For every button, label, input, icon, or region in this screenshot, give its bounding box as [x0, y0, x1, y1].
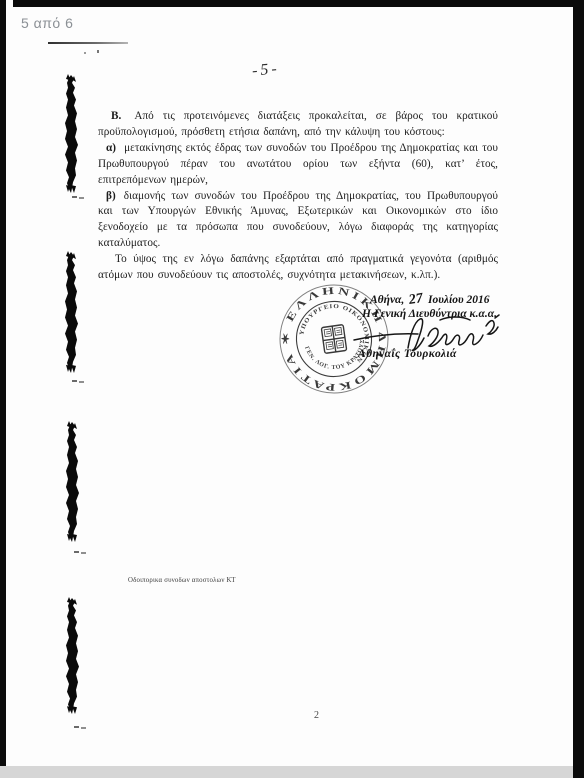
scan-border-right: [573, 0, 584, 778]
ink-blob: [62, 251, 80, 374]
paragraph-b-text: Από τις προτεινόμενες διατάξεις προκαλεί…: [98, 110, 498, 138]
item-b-label: β): [106, 190, 124, 202]
paragraph-b-label: Β.: [111, 110, 134, 122]
scanned-document-viewer: 5 από 6 -5- Β.Από τις προτεινόμενες διατ…: [0, 0, 584, 778]
signature-scribble: [352, 314, 502, 360]
scan-speck: [84, 52, 86, 54]
scan-speck: [97, 50, 99, 53]
page-number: 2: [314, 710, 319, 721]
document-body: Β.Από τις προτεινόμενες διατάξεις προκαλ…: [98, 109, 498, 284]
item-b-text: διαμονής των συνοδών του Προέδρου της Δη…: [98, 190, 498, 250]
ink-blob-dash: [74, 551, 79, 553]
scan-border-left: [0, 0, 6, 768]
ink-blob-dash: [72, 380, 77, 382]
scan-artifact-line: [48, 42, 128, 44]
handwritten-page-number: -5-: [251, 57, 312, 80]
item-a-label: α): [106, 142, 124, 154]
item-b: β)διαμονής των συνοδών του Προέδρου της …: [98, 189, 498, 253]
viewer-bottom-strip: [0, 766, 573, 778]
footnote: Οδοιπορικα συνοδων αποστολων ΚΤ: [128, 577, 236, 584]
date-line: Αθήνα, 27 Ιουλίου 2016: [370, 292, 489, 308]
closing-paragraph: Το ύψος της εν λόγω δαπάνης εξαρτάται απ…: [98, 252, 498, 284]
ink-blob: [62, 74, 80, 194]
date-city: Αθήνα,: [370, 294, 404, 306]
page-indicator: 5 από 6: [21, 15, 73, 31]
date-rest: Ιουλίου 2016: [428, 294, 489, 306]
handwritten-date-day: 27: [408, 291, 424, 309]
paragraph-b: Β.Από τις προτεινόμενες διατάξεις προκαλ…: [98, 109, 498, 141]
scan-border-top: [13, 0, 584, 7]
stamp-coat-of-arms-icon: [321, 325, 346, 354]
item-a-text: μετακίνησης εκτός έδρας των συνοδών του …: [98, 142, 498, 186]
ink-blob-dash: [74, 726, 79, 728]
ink-blob: [63, 597, 81, 715]
ink-blob: [63, 421, 81, 543]
ink-blob-dash: [72, 196, 77, 198]
item-a: α)μετακίνησης εκτός έδρας των συνοδών το…: [98, 141, 498, 189]
